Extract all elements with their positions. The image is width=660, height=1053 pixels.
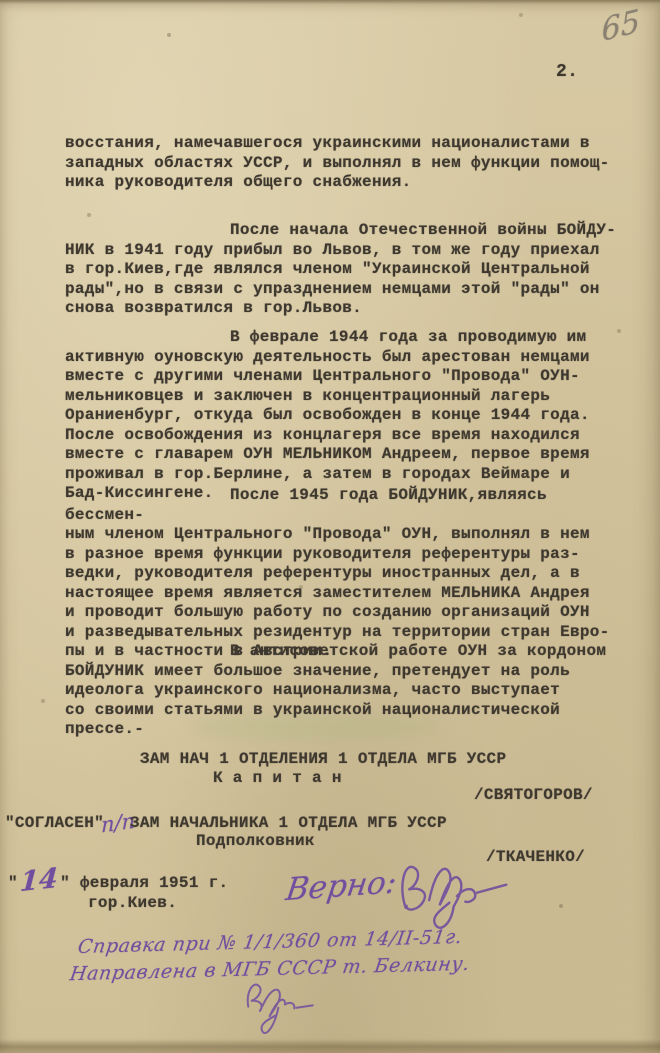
document-page: 65 2. восстания, намечавшегося украински… (0, 0, 660, 1053)
page-number: 2. (556, 63, 578, 83)
scan-top-edge (0, 0, 660, 4)
body-paragraph-5: В антисоветской работе ОУН за кордоном Б… (65, 642, 627, 740)
certification-label: Верно: (284, 864, 399, 908)
archive-sheet-number: 65 (601, 3, 641, 49)
scan-bottom-fold (0, 1039, 660, 1053)
signer1-title: ЗАМ НАЧ 1 ОТДЕЛЕНИЯ 1 ОТДЕЛА МГБ УССР (140, 750, 506, 770)
date-open-quote: " (8, 874, 18, 892)
certifier-signature-flourish (392, 848, 517, 936)
place-line: гор.Киев. (88, 894, 177, 914)
body-paragraph-1: восстания, намечавшегося украинскими нац… (65, 134, 627, 193)
date-close-quote: " (60, 874, 70, 892)
body-paragraph-3: В феврале 1944 года за проводимую им акт… (65, 328, 627, 504)
signer2-rank: Подполковник (196, 832, 315, 852)
signer1-name: /СВЯТОГОРОВ/ (474, 786, 593, 806)
body-paragraph-4: После 1945 года БОЙДУНИК,являясь бессмен… (65, 486, 627, 662)
signer2-title: ЗАМ НАЧАЛЬНИКА 1 ОТДЕЛА МГБ УССР (130, 814, 447, 834)
handwritten-day: 14 (20, 874, 59, 888)
date-rest: февраля 1951 г. (70, 874, 228, 892)
body-paragraph-2: После начала Отечественной войны БОЙДУ- … (65, 221, 627, 319)
paper-speckles (0, 0, 2, 2)
handwritten-note-line1: Справка при № 1/1/360 от 14/II-51г. (76, 926, 464, 958)
date-line: "14" февраля 1951 г. (8, 874, 228, 894)
bottom-signature-flourish (237, 976, 323, 1046)
agree-stamp: "СОГЛАСЕН" (5, 814, 104, 834)
signer1-rank: К а п и т а н (213, 769, 342, 789)
